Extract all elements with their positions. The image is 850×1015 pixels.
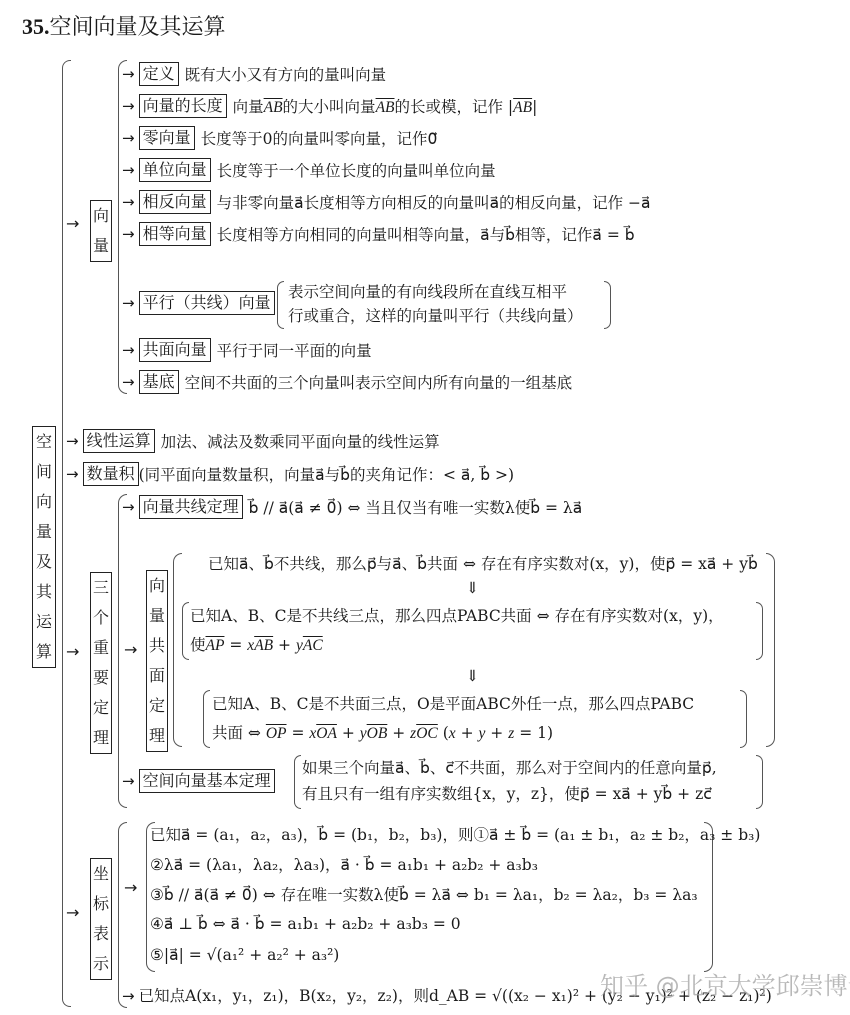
- arrow-icon: →: [122, 373, 135, 391]
- implies-arrow-1: ⇓: [466, 577, 479, 599]
- tag-box: 平行（共线）向量: [139, 291, 275, 315]
- coordinates-label-box: 坐标表示: [90, 858, 112, 980]
- linear-ops-row: → 线性运算 加法、减法及数乘同平面向量的线性运算: [66, 428, 440, 454]
- arrow-icon: →: [66, 465, 79, 483]
- vector-item-definition: → 定义 既有大小又有方向的量叫向量: [122, 61, 386, 87]
- arrow-icon: →: [124, 878, 137, 897]
- arrow-icon: →: [122, 341, 135, 359]
- tag-box: 零向量: [139, 126, 195, 150]
- page-title: 35.空间向量及其运算: [22, 10, 226, 41]
- tag-box: 单位向量: [139, 158, 211, 182]
- tag-box: 基底: [139, 370, 179, 394]
- tag-box: 定义: [139, 62, 179, 86]
- arrow-icon: →: [122, 772, 135, 790]
- tag-box: 向量的长度: [139, 94, 227, 118]
- basic-theorem-line-1: 如果三个向量a⃗、b⃗、c⃗不共面，那么对于空间内的任意向量p⃗,: [302, 757, 717, 779]
- arrow-icon: →: [66, 214, 79, 233]
- tag-box: 向量共线定理: [139, 495, 243, 519]
- tag-box: 数量积: [83, 462, 139, 486]
- arrow-icon: →: [122, 498, 135, 516]
- item-text: 向量AB的大小叫向量AB的长或模，记作 |AB|: [233, 95, 538, 117]
- basic-theorem-row: → 空间向量基本定理: [122, 768, 281, 794]
- paren-right: [740, 690, 747, 748]
- collinear-theorem-row: → 向量共线定理 b⃗ // a⃗(a⃗ ≠ 0⃗) ⇔ 当且仅当有唯一实数λ使…: [122, 494, 582, 520]
- coordinates-brace: [118, 822, 127, 1008]
- arrow-icon: →: [122, 65, 135, 83]
- watermark: 知乎 @北京大学邱崇博士: [600, 966, 850, 1001]
- vector-item-basis: → 基底 空间不共面的三个向量叫表示空间内所有向量的一组基底: [122, 369, 572, 395]
- coplanar-big-paren-right: [766, 553, 775, 747]
- paren-right: [604, 281, 611, 329]
- coordinates-line-5: ⑤|a⃗| = √(a₁² + a₂² + a₃²): [150, 944, 339, 966]
- root-brace: [62, 60, 71, 1007]
- arrow-icon: →: [124, 640, 137, 659]
- paren-left: [203, 690, 210, 748]
- three-theorems-label-box: 三个重 要定理: [90, 572, 112, 754]
- coplanar-line-3b: 共面 ⇔ OP = xOA + yOB + zOC (x + y + z = 1…: [212, 722, 553, 745]
- paren-left: [277, 281, 284, 329]
- paren-right: [756, 755, 763, 809]
- tag-box: 相等向量: [139, 222, 211, 246]
- arrow-icon: →: [122, 987, 135, 1005]
- dot-product-row: → 数量积 (同平面向量数量积，向量a⃗与b⃗的夹角记作：< a⃗, b⃗ >): [66, 461, 514, 487]
- arrow-icon: →: [66, 642, 79, 661]
- tag-box: 相反向量: [139, 190, 211, 214]
- basic-theorem-line-2: 有且只有一组有序实数组{x，y，z}，使p⃗ = xa⃗ + yb⃗ + zc⃗: [302, 783, 712, 805]
- vector-item-length: → 向量的长度 向量AB的大小叫向量AB的长或模，记作 |AB|: [122, 93, 537, 119]
- arrow-icon: →: [122, 129, 135, 147]
- tag-box: 共面向量: [139, 338, 211, 362]
- paren-left: [294, 755, 301, 809]
- vector-item-coplanar: → 共面向量 平行于同一平面的向量: [122, 337, 372, 363]
- vector-item-equal: → 相等向量 长度相等方向相同的向量叫相等向量，a⃗与b⃗相等，记作a⃗ = b…: [122, 221, 635, 247]
- vector-label-box: 向量: [90, 200, 112, 262]
- vector-item-parallel: → 平行（共线）向量: [122, 290, 281, 316]
- coplanar-theorem-label-box: 向量共 面定理: [146, 570, 168, 752]
- tag-box: 空间向量基本定理: [139, 769, 275, 793]
- coordinates-line-3: ③b⃗ // a⃗(a⃗ ≠ 0⃗) ⇔ 存在唯一实数λ使b⃗ = λa⃗ ⇔ …: [150, 884, 698, 906]
- parallel-text-line-2: 行或重合，这样的向量叫平行（共线向量）: [288, 305, 583, 327]
- coplanar-line-3a: 已知A、B、C是不共面三点，O是平面ABC外任一点，那么四点PABC: [212, 693, 694, 715]
- arrow-icon: →: [122, 97, 135, 115]
- root-label-box: 空间向量 及其运算: [32, 426, 56, 668]
- vector-item-unit: → 单位向量 长度等于一个单位长度的向量叫单位向量: [122, 157, 496, 183]
- vector-item-zero: → 零向量 长度等于0的向量叫零向量，记作0⃗: [122, 125, 437, 151]
- coordinates-line-1: 已知a⃗ = (a₁，a₂，a₃)，b⃗ = (b₁，b₂，b₃)，则①a⃗ ±…: [150, 824, 760, 846]
- tag-box: 线性运算: [83, 429, 155, 453]
- coplanar-line-2a: 已知A、B、C是不共线三点，那么四点PABC共面 ⇔ 存在有序实数对(x，y)，: [190, 605, 724, 627]
- arrow-icon: →: [122, 161, 135, 179]
- coordinates-line-2: ②λa⃗ = (λa₁，λa₂，λa₃)，a⃗ · b⃗ = a₁b₁ + a₂…: [150, 854, 538, 876]
- paren-right: [756, 602, 763, 660]
- arrow-icon: →: [66, 903, 79, 922]
- arrow-icon: →: [66, 432, 79, 450]
- arrow-icon: →: [122, 193, 135, 211]
- vector-item-opposite: → 相反向量 与非零向量a⃗长度相等方向相反的向量叫a⃗的相反向量，记作 −a⃗: [122, 189, 651, 215]
- implies-arrow-2: ⇓: [466, 665, 479, 687]
- coordinates-line-4: ④a⃗ ⊥ b⃗ ⇔ a⃗ · b⃗ = a₁b₁ + a₂b₂ + a₃b₃ …: [150, 913, 461, 935]
- arrow-icon: →: [122, 294, 135, 312]
- coplanar-big-paren-left: [173, 553, 182, 747]
- parallel-text-line-1: 表示空间向量的有向线段所在直线互相平: [288, 281, 567, 303]
- coplanar-line-1: 已知a⃗、b⃗不共线，那么p⃗与a⃗、b⃗共面 ⇔ 存在有序实数对(x，y)，使…: [208, 553, 758, 575]
- paren-left: [182, 602, 189, 660]
- arrow-icon: →: [122, 225, 135, 243]
- coplanar-line-2b: 使AP = xAB + yAC: [190, 634, 323, 657]
